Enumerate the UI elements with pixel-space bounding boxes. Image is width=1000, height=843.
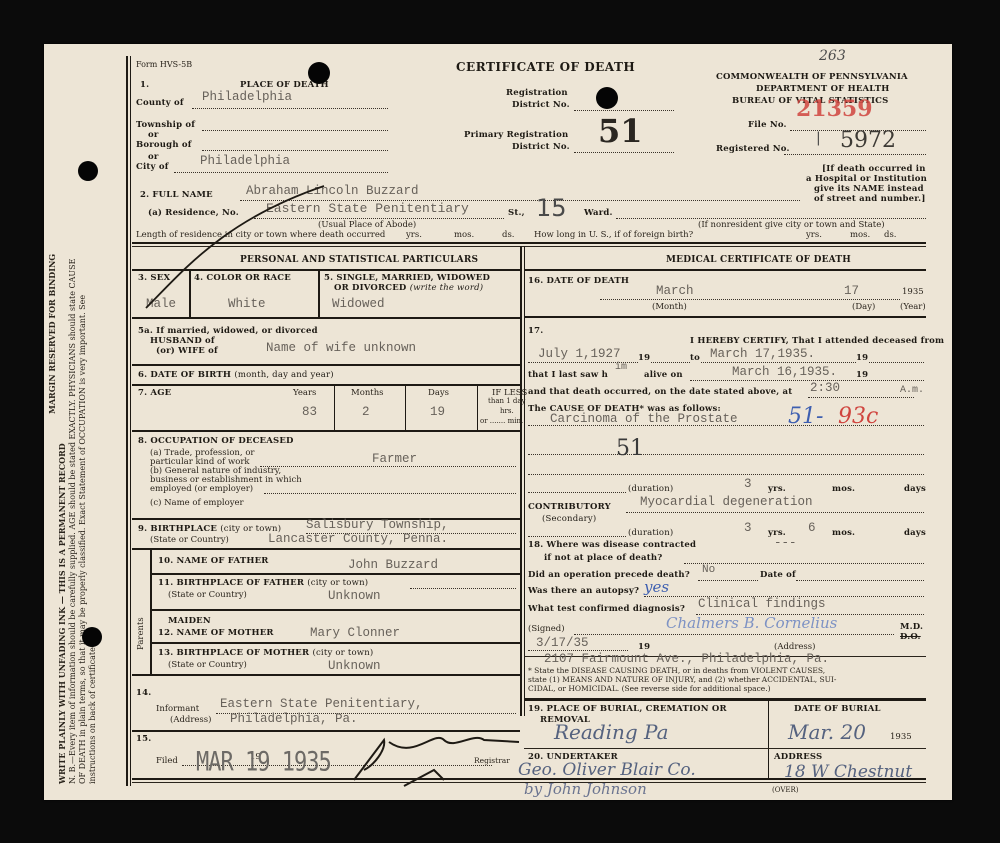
footnote-3: CIDAL, or HOMICIDAL. (See reverse side f… [528,684,771,693]
attended-from-19: 19 [638,353,650,363]
informant-value-2: Philadelphia, Pa. [230,712,358,726]
attended-to: March 17,1935. [710,347,815,361]
contrib-duration-mos: 6 [808,521,816,535]
rule [132,430,520,432]
undertaker-value: Geo. Oliver Blair Co. [518,760,696,780]
father-value: John Buzzard [348,558,438,572]
margin-binding-note: MARGIN RESERVED FOR BINDING [47,254,57,414]
informant-value-1: Eastern State Penitentiary, [220,697,423,711]
county-value: Philadelphia [202,90,292,104]
undertaker-signature: by John Johnson [524,780,647,798]
contributory-label: CONTRIBUTORY [528,502,611,512]
father-bp-hint-1: (city or town) [307,578,368,588]
punch-hole [78,161,98,181]
primary-district-label: District No. [512,142,570,152]
last-saw-label: that I last saw h [528,370,608,380]
nonresident-note: (If nonresident give city or town and St… [698,220,885,230]
maiden-label: MAIDEN [168,616,211,626]
min-label: or ....... min. [480,417,523,425]
cause-duration-label: (duration) [628,484,673,494]
registration-district-label: District No. [512,100,570,110]
mother-birthplace-label: 13. BIRTHPLACE OF MOTHER (city or town) [158,648,373,658]
day-hint: (Day) [852,302,875,312]
foreign-ds: ds. [884,230,897,240]
registered-no-label: Registered No. [716,144,790,154]
last-saw-19: 19 [856,370,868,380]
hospital-note-2: a Hospital or Institution [806,174,927,184]
burial-divider [768,700,769,778]
test-value: Clinical findings [698,597,826,611]
cause-mos: mos. [832,484,855,494]
year-hint: (Year) [900,302,926,312]
certify-text: I HEREBY CERTIFY, That I attended deceas… [690,336,944,346]
undertaker-address-label: ADDRESS [774,752,822,762]
death-time-line [808,397,914,398]
last-saw-date: March 16,1935. [732,365,837,379]
mother-birthplace-value: Unknown [328,659,381,673]
rule [132,384,520,386]
birthplace-value-1: Salisbury Township, [306,518,449,532]
marital-label-2: OR DIVORCED (write the word) [334,283,483,293]
mother-label: 12. NAME OF MOTHER [158,628,274,638]
footnote-1: * State the DISEASE CAUSING DEATH, or in… [528,666,825,675]
last-saw-him: im [615,362,627,373]
birthplace-value-2: Lancaster County, Penna. [268,532,448,546]
department-label: DEPARTMENT OF HEALTH [756,84,890,94]
burial-label-1: 19. PLACE OF BURIAL, CREMATION OR [528,704,727,714]
registration-label: Registration [506,88,568,98]
death-time-am: A.m. [900,385,924,396]
death-certificate: MARGIN RESERVED FOR BINDING WRITE PLAINL… [44,44,952,800]
cell-divider [477,384,478,430]
contrib-mos: mos. [832,528,855,538]
hospital-note-3: give its NAME instead [814,184,924,194]
primary-district-value: 51 [598,112,643,150]
burial-date-label: DATE OF BURIAL [794,704,881,714]
item-1-number: 1. [140,80,149,90]
cause-line-2 [528,454,924,455]
form-number: Form HVS-5B [136,60,192,69]
informant-label: Informant [156,704,199,714]
registered-no-tick: | [816,130,821,146]
month-hint: (Month) [652,302,687,312]
autopsy-value: yes [644,578,669,596]
do-label: D.O. [900,632,921,642]
rule [524,269,926,271]
date-of-death-label: 16. DATE OF DEATH [528,276,629,286]
corner-number: 263 [819,48,846,64]
ward-line [616,218,926,219]
cell-divider [405,384,406,430]
filed-number: 15. [136,734,151,744]
informant-number: 14. [136,688,151,698]
rule [150,573,520,575]
death-occurred-label: and that death occurred, on the date sta… [528,387,792,397]
father-birthplace-label: 11. BIRTHPLACE OF FATHER (city or town) [158,578,368,588]
registered-no-value: 5972 [840,128,896,153]
primary-district-line [574,152,674,153]
operation-line [698,580,758,581]
length-yrs: yrs. [406,230,422,240]
or-label-1: or [148,130,159,140]
hrs-label: hrs. [500,407,514,415]
dob-hint: (month, day and year) [234,370,333,380]
father-label: 10. NAME OF FATHER [158,556,269,566]
item-17-number: 17. [528,326,543,336]
cause-line-3 [528,474,924,475]
employer-line [264,493,516,494]
ward-value: 15 [536,194,567,222]
contributory-line [626,512,924,513]
occupation-value: Farmer [372,452,417,466]
parents-divider [150,548,152,674]
length-ds: ds. [502,230,515,240]
father-bp-label-text: 11. BIRTHPLACE OF FATHER [158,578,304,588]
registration-district-line [574,110,674,111]
physician-address: 2107 Fairmount Ave., Philadelphia, Pa. [544,652,829,666]
duration-line [528,492,626,493]
father-birthplace-line [410,588,516,589]
filed-label: Filed [156,756,178,766]
punch-hole [308,62,330,84]
duration-line [528,536,626,537]
registrar-label: Registrar [474,756,510,765]
spouse-label-3: (or) WIFE of [156,346,218,356]
foreign-mos: mos. [850,230,870,240]
father-bp-hint-2: (State or Country) [168,590,247,600]
rule [150,642,520,644]
operation-date-label: Date of [760,570,796,580]
foreign-yrs: yrs. [806,230,822,240]
occupation-c: (c) Name of employer [150,498,244,508]
burial-place-value: Reading Pa [554,720,669,744]
or-label-2: or [148,152,159,162]
signed-date-19: 19 [638,642,650,652]
city-line [174,172,388,173]
column-divider [520,246,522,716]
age-days-value: 19 [430,405,445,419]
physician-address-label: (Address) [774,642,815,652]
months-label: Months [351,388,384,398]
city-value: Philadelphia [200,154,290,168]
rule [524,698,926,701]
spouse-value: Name of wife unknown [266,341,416,355]
footnote-2: state (1) MEANS AND NATURE OF INJURY, an… [528,675,836,684]
birthplace-hint-2: (State or Country) [150,535,229,545]
dob-label: 6. DATE OF BIRTH (month, day and year) [138,370,334,380]
contrib-duration-yrs: 3 [744,521,752,535]
age-months-value: 2 [362,405,370,419]
city-label: City of [136,162,169,172]
physician-signature: Chalmers B. Cornelius [666,614,837,632]
attended-to-19: 19 [856,353,868,363]
rule [132,548,520,550]
rule [132,674,520,676]
date-of-death-day: 17 [844,284,859,298]
punch-hole [596,87,618,109]
county-line [192,108,388,109]
occupation-label: 8. OCCUPATION OF DECEASED [138,436,294,446]
file-no-label: File No. [748,120,787,130]
township-label: Township of [136,120,195,130]
margin-instruction-1: N. B.—Every item of information should b… [68,259,77,784]
rule [132,364,520,366]
township-line [202,130,388,131]
age-years-value: 83 [302,405,317,419]
operation-date-line [796,580,924,581]
borough-line [202,150,388,151]
margin-write-plainly: WRITE PLAINLY WITH UNFADING INK — THIS I… [57,443,67,784]
birthplace-label-text: 9. BIRTHPLACE [138,524,217,534]
contracted-value: --- [774,536,797,550]
over-label: (OVER) [772,786,799,794]
cause-days: days [904,484,926,494]
than-1-day-label: than 1 day [488,397,526,405]
birthplace-label: 9. BIRTHPLACE (city or town) [138,524,281,534]
parents-label: Parents [136,617,146,650]
rule [150,609,520,611]
occupation-line [260,466,516,467]
hospital-note-4: of street and number.] [814,194,926,204]
mother-bp-label-text: 13. BIRTHPLACE OF MOTHER [158,648,309,658]
dob-label-text: 6. DATE OF BIRTH [138,370,231,380]
marital-label-2-text: OR DIVORCED [334,283,407,293]
date-of-death-month: March [656,284,694,298]
certificate-title: CERTIFICATE OF DEATH [456,60,635,74]
attended-from: July 1,1927 [538,347,621,361]
cause-value: Carcinoma of the Prostate [550,412,738,426]
father-birthplace-value: Unknown [328,589,381,603]
burial-year: 1935 [890,732,912,742]
foreign-birth-label: How long in U. S., if of foreign birth? [534,230,693,240]
date-of-death-line [600,299,900,300]
rule [524,316,926,318]
secondary-label: (Secondary) [542,514,596,524]
filed-stamp: MAR 19 1935 [196,748,331,778]
contributory-value: Myocardial degeneration [640,495,813,509]
cause-yrs: yrs. [768,484,786,494]
md-label: M.D. [900,622,923,632]
date-of-death-year: 1935 [902,287,924,297]
margin-instruction-3: instructions on back of certificate. [88,645,97,784]
contracted-label-2: if not at place of death? [544,553,662,563]
mother-bp-hint-1: (city or town) [312,648,373,658]
mother-bp-hint-2: (State or Country) [168,660,247,670]
cause-code-blue: 51- [788,404,823,429]
cause-code-hand: 51 [616,436,644,461]
death-time: 2:30 [810,381,840,395]
spouse-label-1: 5a. If married, widowed, or divorced [138,326,318,336]
marital-hint: (write the word) [410,283,484,293]
punch-hole [82,627,102,647]
margin-instruction-2: OF DEATH in plain terms, so that it may … [78,295,87,784]
contrib-days: days [904,528,926,538]
cause-code-red: 93c [838,404,878,429]
ward-label: Ward. [584,208,613,218]
signed-line [574,634,894,635]
rule [132,317,520,319]
contrib-duration-label: (duration) [628,528,673,538]
stamp-number: 21359 [796,96,873,122]
registered-no-line [784,154,926,155]
form-border-left-inner [130,56,131,786]
alive-on-line [690,380,924,381]
rule [524,748,926,749]
county-label: County of [136,98,184,108]
days-label: Days [428,388,449,398]
primary-registration-label: Primary Registration [464,130,568,140]
signed-date: 3/17/35 [536,636,589,650]
signed-label: (Signed) [528,624,565,634]
age-label: 7. AGE [138,388,171,398]
burial-date-value: Mar. 20 [788,720,866,744]
operation-value: No [702,564,715,576]
spouse-label-2: HUSBAND of [150,336,215,346]
alive-on-label: alive on [644,370,683,380]
form-border-left [126,56,128,786]
st-label: St., [508,208,525,218]
years-label: Years [293,388,316,398]
contracted-label-1: 18. Where was disease contracted [528,540,696,550]
hospital-note-1: [If death occurred in [822,164,926,174]
commonwealth-label: COMMONWEALTH OF PENNSYLVANIA [716,72,908,82]
informant-address-label: (Address) [170,715,211,725]
borough-label: Borough of [136,140,192,150]
cell-divider [334,384,335,430]
medical-heading: MEDICAL CERTIFICATE OF DEATH [666,255,851,265]
autopsy-label: Was there an autopsy? [528,586,639,596]
cause-duration-yrs: 3 [744,477,752,491]
pen-stroke [144,180,344,310]
test-label: What test confirmed diagnosis? [528,604,685,614]
signed-date-line [528,650,628,651]
occupation-b-3: employed (or employer) [150,484,253,494]
length-mos: mos. [454,230,474,240]
contracted-line [684,563,924,564]
to-label: to [690,353,700,363]
mother-value: Mary Clonner [310,626,400,640]
marital-label-1: 5. SINGLE, MARRIED, WIDOWED [324,273,490,283]
